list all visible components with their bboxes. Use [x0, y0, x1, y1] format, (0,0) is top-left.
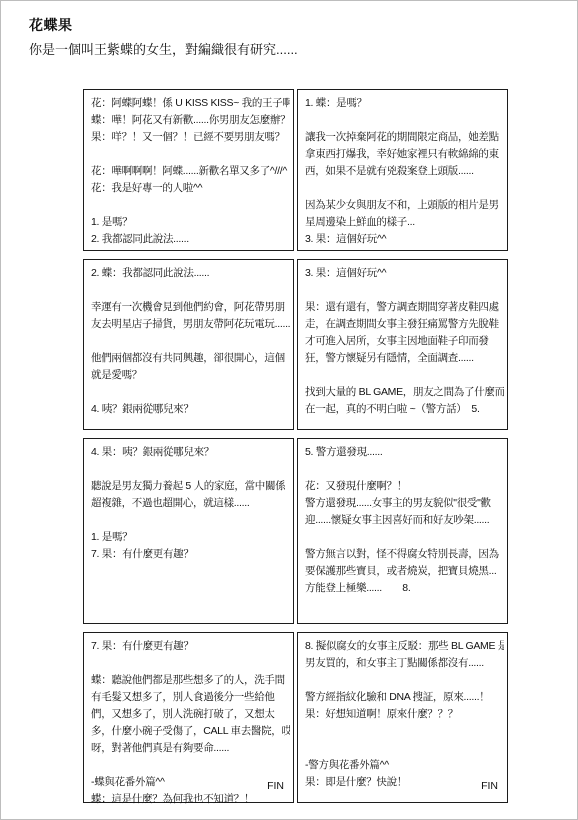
text-line: 讓我一次掉棄阿花的期間限定商品，她差點	[305, 129, 504, 146]
text-line: 4. 咦？銀兩從哪兒來？	[91, 401, 290, 418]
text-line: 7. 果：有什麼更有趣？	[91, 546, 290, 563]
text-line	[91, 512, 290, 529]
text-line: 多，什麼小碗子受傷了，CALL 車去醫院，哎	[91, 723, 290, 740]
text-line	[91, 655, 290, 672]
text-line: 方能登上極樂...... 8.	[305, 580, 504, 597]
dialogue-box-2: 1. 蝶：是嗎？ 讓我一次掉棄阿花的期間限定商品，她差點 拿東西打爆我，幸好她家…	[297, 89, 508, 251]
text-line: 才可進入居所，女事主因地面鞋子印而發	[305, 333, 504, 350]
text-line: 因為某少女與朋友不和，上頭版的相片是男	[305, 197, 504, 214]
text-line	[305, 112, 504, 129]
text-line: 花：又發現什麼啊？！	[305, 478, 504, 495]
dialogue-box-1: 花：阿蝶阿蝶！係 U KISS KISS~ 我的王子啊~ 蝶：嘩！阿花又有新歡.…	[83, 89, 294, 251]
text-line	[91, 333, 290, 350]
text-line: 警方經指紋化驗和 DNA 搜証，原來......！	[305, 689, 504, 706]
dialogue-box-8: 8. 擬似腐女的女事主反駁：那些 BL GAME 是 男友買的，和女事主丁點關係…	[297, 632, 508, 803]
text-line	[91, 146, 290, 163]
text-line: 果：即是什麼？快說！	[305, 774, 504, 791]
text-line	[305, 180, 504, 197]
text-line	[305, 723, 504, 740]
text-line: 呀，對著他們真是有夠要命......	[91, 740, 290, 757]
text-line: 蝶：聽說他們都是那些想多了的人，洗手間	[91, 672, 290, 689]
text-line	[91, 384, 290, 401]
text-line: 1. 是嗎？	[91, 214, 290, 231]
page-subtitle: 你是一個叫王紫蝶的女生，對編織很有研究......	[29, 39, 298, 58]
dialogue-box-4: 3. 果：這個好玩^^ 果：還有還有，警方調查期間穿著皮鞋四處 走，在調查期間女…	[297, 259, 508, 430]
page-title: 花蝶果	[29, 15, 73, 35]
text-line: 蝶：這是什麼？為何我也不知道？！	[91, 791, 290, 808]
dialogue-box-3: 2. 蝶：我都認同此說法...... 幸運有一次機會見到他們約會，阿花帶男朋 友…	[83, 259, 294, 430]
text-line	[305, 367, 504, 384]
text-line: 要保護那些寶貝，或者燒炭，把寶貝燒黑...	[305, 563, 504, 580]
text-line	[91, 282, 290, 299]
text-line: 友去明星店子掃貨，男朋友帶阿花玩電玩......	[91, 316, 290, 333]
text-line: 警方還發現......女事主的男友貌似"很受"歡	[305, 495, 504, 512]
text-line: 花：阿蝶阿蝶！係 U KISS KISS~ 我的王子啊~	[91, 95, 290, 112]
text-line: 男友買的，和女事主丁點關係都沒有......	[305, 655, 504, 672]
text-line: 1. 蝶：是嗎？	[305, 95, 504, 112]
dialogue-box-7: 7. 果：有什麼更有趣？ 蝶：聽說他們都是那些想多了的人，洗手間 有毛髮又想多了…	[83, 632, 294, 803]
text-line: 果：咩？！又一個？！已經不要男朋友嗎？	[91, 129, 290, 146]
fin-label: FIN	[481, 778, 498, 795]
dialogue-box-5: 4. 果：咦？銀兩從哪兒來？ 聽說是男友獨力養起 5 人的家庭，當中關係 超複雜…	[83, 438, 294, 624]
text-line: 4. 果：咦？銀兩從哪兒來？	[91, 444, 290, 461]
text-line	[305, 529, 504, 546]
text-line: 就是愛嗎？	[91, 367, 290, 384]
text-line: 迎......懷疑女事主因喜好而和好友吵架......	[305, 512, 504, 529]
text-line: 聽說是男友獨力養起 5 人的家庭，當中關係	[91, 478, 290, 495]
dialogue-box-6: 5. 警方還發現...... 花：又發現什麼啊？！ 警方還發現......女事主…	[297, 438, 508, 624]
text-line: 7. 果：有什麼更有趣？	[91, 638, 290, 655]
text-line: 超複雜，不過也超開心，就這樣......	[91, 495, 290, 512]
text-line: -警方與花番外篇^^	[305, 757, 504, 774]
text-line: 有毛髮又想多了，別人食過後分一些給他	[91, 689, 290, 706]
text-line: 花：我是好專一的人啦^^	[91, 180, 290, 197]
text-line: 他們兩個都沒有共同興趣，卻很開心，這個	[91, 350, 290, 367]
text-line	[91, 757, 290, 774]
text-line	[91, 197, 290, 214]
text-line: 西，如果不是就有兇殺案登上頭版......	[305, 163, 504, 180]
text-line: 星周邊染上鮮血的樣子...	[305, 214, 504, 231]
text-line: 在一起，真的不明白啦 ~（警方話） 5.	[305, 401, 504, 418]
text-line: -蝶與花番外篇^^	[91, 774, 290, 791]
text-line	[91, 461, 290, 478]
text-line: 2. 我都認同此說法......	[91, 231, 290, 248]
text-line: 蝶：嘩！阿花又有新歡......你男朋友怎麼辦？	[91, 112, 290, 129]
text-line	[305, 672, 504, 689]
text-line: 拿東西打爆我，幸好她家裡只有軟綿綿的東	[305, 146, 504, 163]
text-line: 幸運有一次機會見到他們約會，阿花帶男朋	[91, 299, 290, 316]
text-line: 5. 警方還發現......	[305, 444, 504, 461]
text-line: 2. 蝶：我都認同此說法......	[91, 265, 290, 282]
text-line: 果：好想知道啊！原來什麼？？？	[305, 706, 504, 723]
text-line: 警方無言以對，怪不得腐女特別長壽，因為	[305, 546, 504, 563]
text-line	[305, 740, 504, 757]
text-line: 花：嘩啊啊啊！阿蝶......新歡名單又多了^///^	[91, 163, 290, 180]
text-line	[305, 282, 504, 299]
text-line: 3. 果：這個好玩^^	[305, 265, 504, 282]
text-line: 找到大量的 BL GAME，朋友之間為了什麼而	[305, 384, 504, 401]
document-page: 花蝶果 你是一個叫王紫蝶的女生，對編織很有研究...... 花：阿蝶阿蝶！係 U…	[0, 0, 578, 820]
text-line: 8. 擬似腐女的女事主反駁：那些 BL GAME 是	[305, 638, 504, 655]
text-line: 走，在調查期間女事主發狂痛罵警方先脫鞋	[305, 316, 504, 333]
text-line: 1. 是嗎？	[91, 529, 290, 546]
text-line: 果：還有還有，警方調查期間穿著皮鞋四處	[305, 299, 504, 316]
fin-label: FIN	[267, 778, 284, 795]
text-line: 狂，警方懷疑另有隱情，全面調查......	[305, 350, 504, 367]
text-line: 們，又想多了，別人洗碗打破了，又想太	[91, 706, 290, 723]
text-line: 3. 果：這個好玩^^	[305, 231, 504, 248]
text-line	[305, 461, 504, 478]
